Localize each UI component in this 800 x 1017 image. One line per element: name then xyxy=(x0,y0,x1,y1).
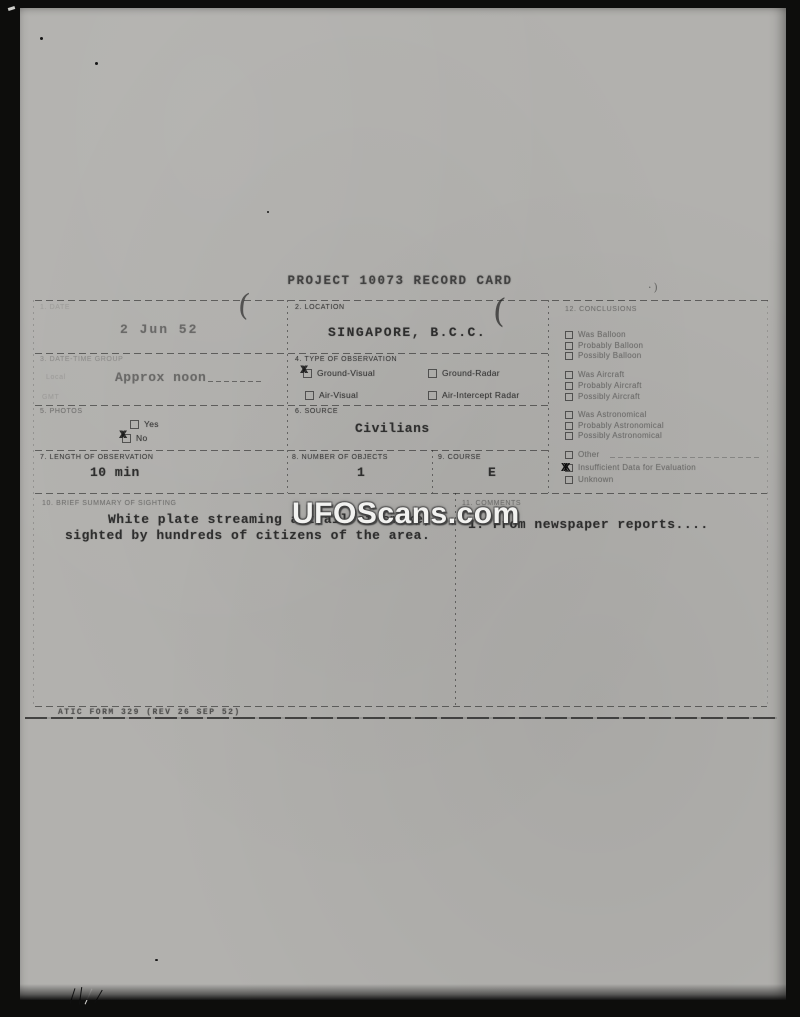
checkbox-label: Ground-Visual xyxy=(317,368,375,378)
checkbox-icon: XX xyxy=(565,451,573,459)
checkbox-icon: XX xyxy=(565,342,573,350)
checkbox-photos-no: XX No xyxy=(122,433,147,443)
rule-row2 xyxy=(35,405,550,406)
checkbox-photos-yes: XX Yes xyxy=(130,419,159,429)
field-type-observation-label: 4. TYPE OF OBSERVATION xyxy=(295,356,397,363)
checkbox-label: Ground-Radar xyxy=(442,368,500,378)
checkbox-insufficient-data: XX Insufficient Data for Evaluation xyxy=(565,463,696,472)
handwritten-paren-icon: ( xyxy=(492,294,507,328)
check-x-icon: XX xyxy=(300,365,303,377)
scan-speck xyxy=(40,37,43,40)
field-date-label: 1. DATE xyxy=(40,304,70,311)
scan-speck xyxy=(95,62,98,65)
field-dtg-local-value: Approx noon xyxy=(115,370,206,385)
scanned-photo-frame: PROJECT 10073 RECORD CARD 1. DATE 2 Jun … xyxy=(0,0,800,1017)
checkbox-label: Other xyxy=(578,450,600,459)
checkbox-icon: XX xyxy=(565,382,573,390)
divider-col1 xyxy=(287,300,288,493)
checkbox-icon: XX xyxy=(122,434,131,443)
checkbox-label: Possibly Astronomical xyxy=(578,431,662,440)
rule-row1 xyxy=(35,353,550,354)
checkbox-label: Insufficient Data for Evaluation xyxy=(578,463,696,472)
scan-scratch xyxy=(70,988,76,1004)
checkbox-other: XX Other xyxy=(565,450,600,459)
field-location-value: SINGAPORE, B.C.C. xyxy=(328,325,486,340)
checkbox-label: Yes xyxy=(144,419,159,429)
checkbox-icon: XX xyxy=(305,391,314,400)
field-location-label: 2. LOCATION xyxy=(295,304,345,311)
dtg-local-underline xyxy=(208,381,263,382)
checkbox-icon: XX xyxy=(428,391,437,400)
checkbox-icon: XX xyxy=(565,411,573,419)
rule-row4 xyxy=(35,493,767,494)
checkbox-icon: XX xyxy=(565,432,573,440)
checkbox-unknown: XX Unknown xyxy=(565,475,613,484)
field-number-objects-label: 8. NUMBER OF OBJECTS xyxy=(292,454,388,461)
checkbox-icon: XX xyxy=(565,371,573,379)
checkbox-label: Air-Visual xyxy=(319,390,358,400)
field-number-objects-value: 1 xyxy=(357,465,365,480)
checkbox-label: Probably Balloon xyxy=(578,341,643,350)
field-dtg-local-label: Local xyxy=(46,374,66,381)
field-dtg-gmt-label: GMT xyxy=(42,394,59,401)
card-bottom-border xyxy=(35,706,767,707)
checkbox-icon: XX xyxy=(565,352,573,360)
frame-notch xyxy=(8,6,16,11)
checkbox-label: Was Aircraft xyxy=(578,370,624,379)
field-dtg-label: 3. DATE-TIME GROUP xyxy=(40,356,123,363)
field-photos-label: 5. PHOTOS xyxy=(40,408,83,415)
scan-speck xyxy=(267,211,269,213)
watermark: UFOScans.com xyxy=(292,497,520,531)
field-source-label: 6. SOURCE xyxy=(295,408,338,415)
checkbox-possibly-balloon: XX Possibly Balloon xyxy=(565,351,642,360)
field-course-value: E xyxy=(488,465,496,480)
checkbox-probably-astronomical: XX Probably Astronomical xyxy=(565,421,664,430)
divider-col2 xyxy=(548,300,549,493)
scan-scratch xyxy=(94,990,102,1003)
checkbox-label: Possibly Balloon xyxy=(578,351,642,360)
handwritten-corner-mark-icon: ·) xyxy=(648,282,660,293)
checkbox-icon: XX xyxy=(130,420,139,429)
card-top-border xyxy=(35,300,770,301)
field-source-value: Civilians xyxy=(355,421,430,436)
record-card-title: PROJECT 10073 RECORD CARD xyxy=(20,274,780,288)
other-underline xyxy=(610,457,760,458)
checkbox-air-visual: XX Air-Visual xyxy=(305,390,358,400)
form-number: ATIC FORM 329 (REV 26 SEP 52) xyxy=(58,708,241,717)
checkbox-was-astronomical: XX Was Astronomical xyxy=(565,410,647,419)
checkbox-ground-visual: XX Ground-Visual xyxy=(303,368,375,378)
field-length-observation-label: 7. LENGTH OF OBSERVATION xyxy=(40,454,154,461)
field-course-label: 9. COURSE xyxy=(438,454,481,461)
card-right-border xyxy=(767,300,768,706)
check-x-icon: XX xyxy=(561,461,565,475)
checkbox-was-balloon: XX Was Balloon xyxy=(565,330,626,339)
checkbox-ground-radar: XX Ground-Radar xyxy=(428,368,500,378)
checkbox-possibly-aircraft: XX Possibly Aircraft xyxy=(565,392,640,401)
checkbox-air-intercept-radar: XX Air-Intercept Radar xyxy=(428,390,520,400)
scan-scratch xyxy=(85,989,93,1005)
checkbox-was-aircraft: XX Was Aircraft xyxy=(565,370,624,379)
checkbox-probably-aircraft: XX Probably Aircraft xyxy=(565,381,642,390)
checkbox-label: Probably Aircraft xyxy=(578,381,642,390)
checkbox-probably-balloon: XX Probably Balloon xyxy=(565,341,643,350)
checkbox-label: Unknown xyxy=(578,475,613,484)
checkbox-label: Possibly Aircraft xyxy=(578,392,640,401)
checkbox-icon: XX xyxy=(428,369,437,378)
field-summary-label: 10. BRIEF SUMMARY OF SIGHTING xyxy=(42,500,177,507)
scan-scratch xyxy=(79,987,82,1005)
card-footer-rule xyxy=(25,717,777,719)
checkbox-label: Air-Intercept Radar xyxy=(442,390,520,400)
card-left-border xyxy=(33,300,34,706)
checkbox-icon: XX xyxy=(565,422,573,430)
check-x-icon: XX xyxy=(119,430,122,442)
checkbox-icon: XX xyxy=(565,476,573,484)
field-date-value: 2 Jun 52 xyxy=(120,322,198,337)
field-length-observation-value: 10 min xyxy=(90,465,140,480)
checkbox-icon: XX xyxy=(565,464,573,472)
rule-row3 xyxy=(35,450,550,451)
checkbox-label: Was Balloon xyxy=(578,330,626,339)
checkbox-label: Probably Astronomical xyxy=(578,421,664,430)
field-conclusions-label: 12. CONCLUSIONS xyxy=(565,306,637,313)
checkbox-icon: XX xyxy=(303,369,312,378)
divider-objects-course xyxy=(432,450,433,493)
checkbox-icon: XX xyxy=(565,331,573,339)
checkbox-label: Was Astronomical xyxy=(578,410,647,419)
checkbox-icon: XX xyxy=(565,393,573,401)
checkbox-label: No xyxy=(136,433,147,443)
handwritten-paren-icon: ( xyxy=(236,290,251,321)
checkbox-possibly-astronomical: XX Possibly Astronomical xyxy=(565,431,662,440)
scan-speck xyxy=(155,959,158,961)
record-card-scan: PROJECT 10073 RECORD CARD 1. DATE 2 Jun … xyxy=(20,8,786,1000)
